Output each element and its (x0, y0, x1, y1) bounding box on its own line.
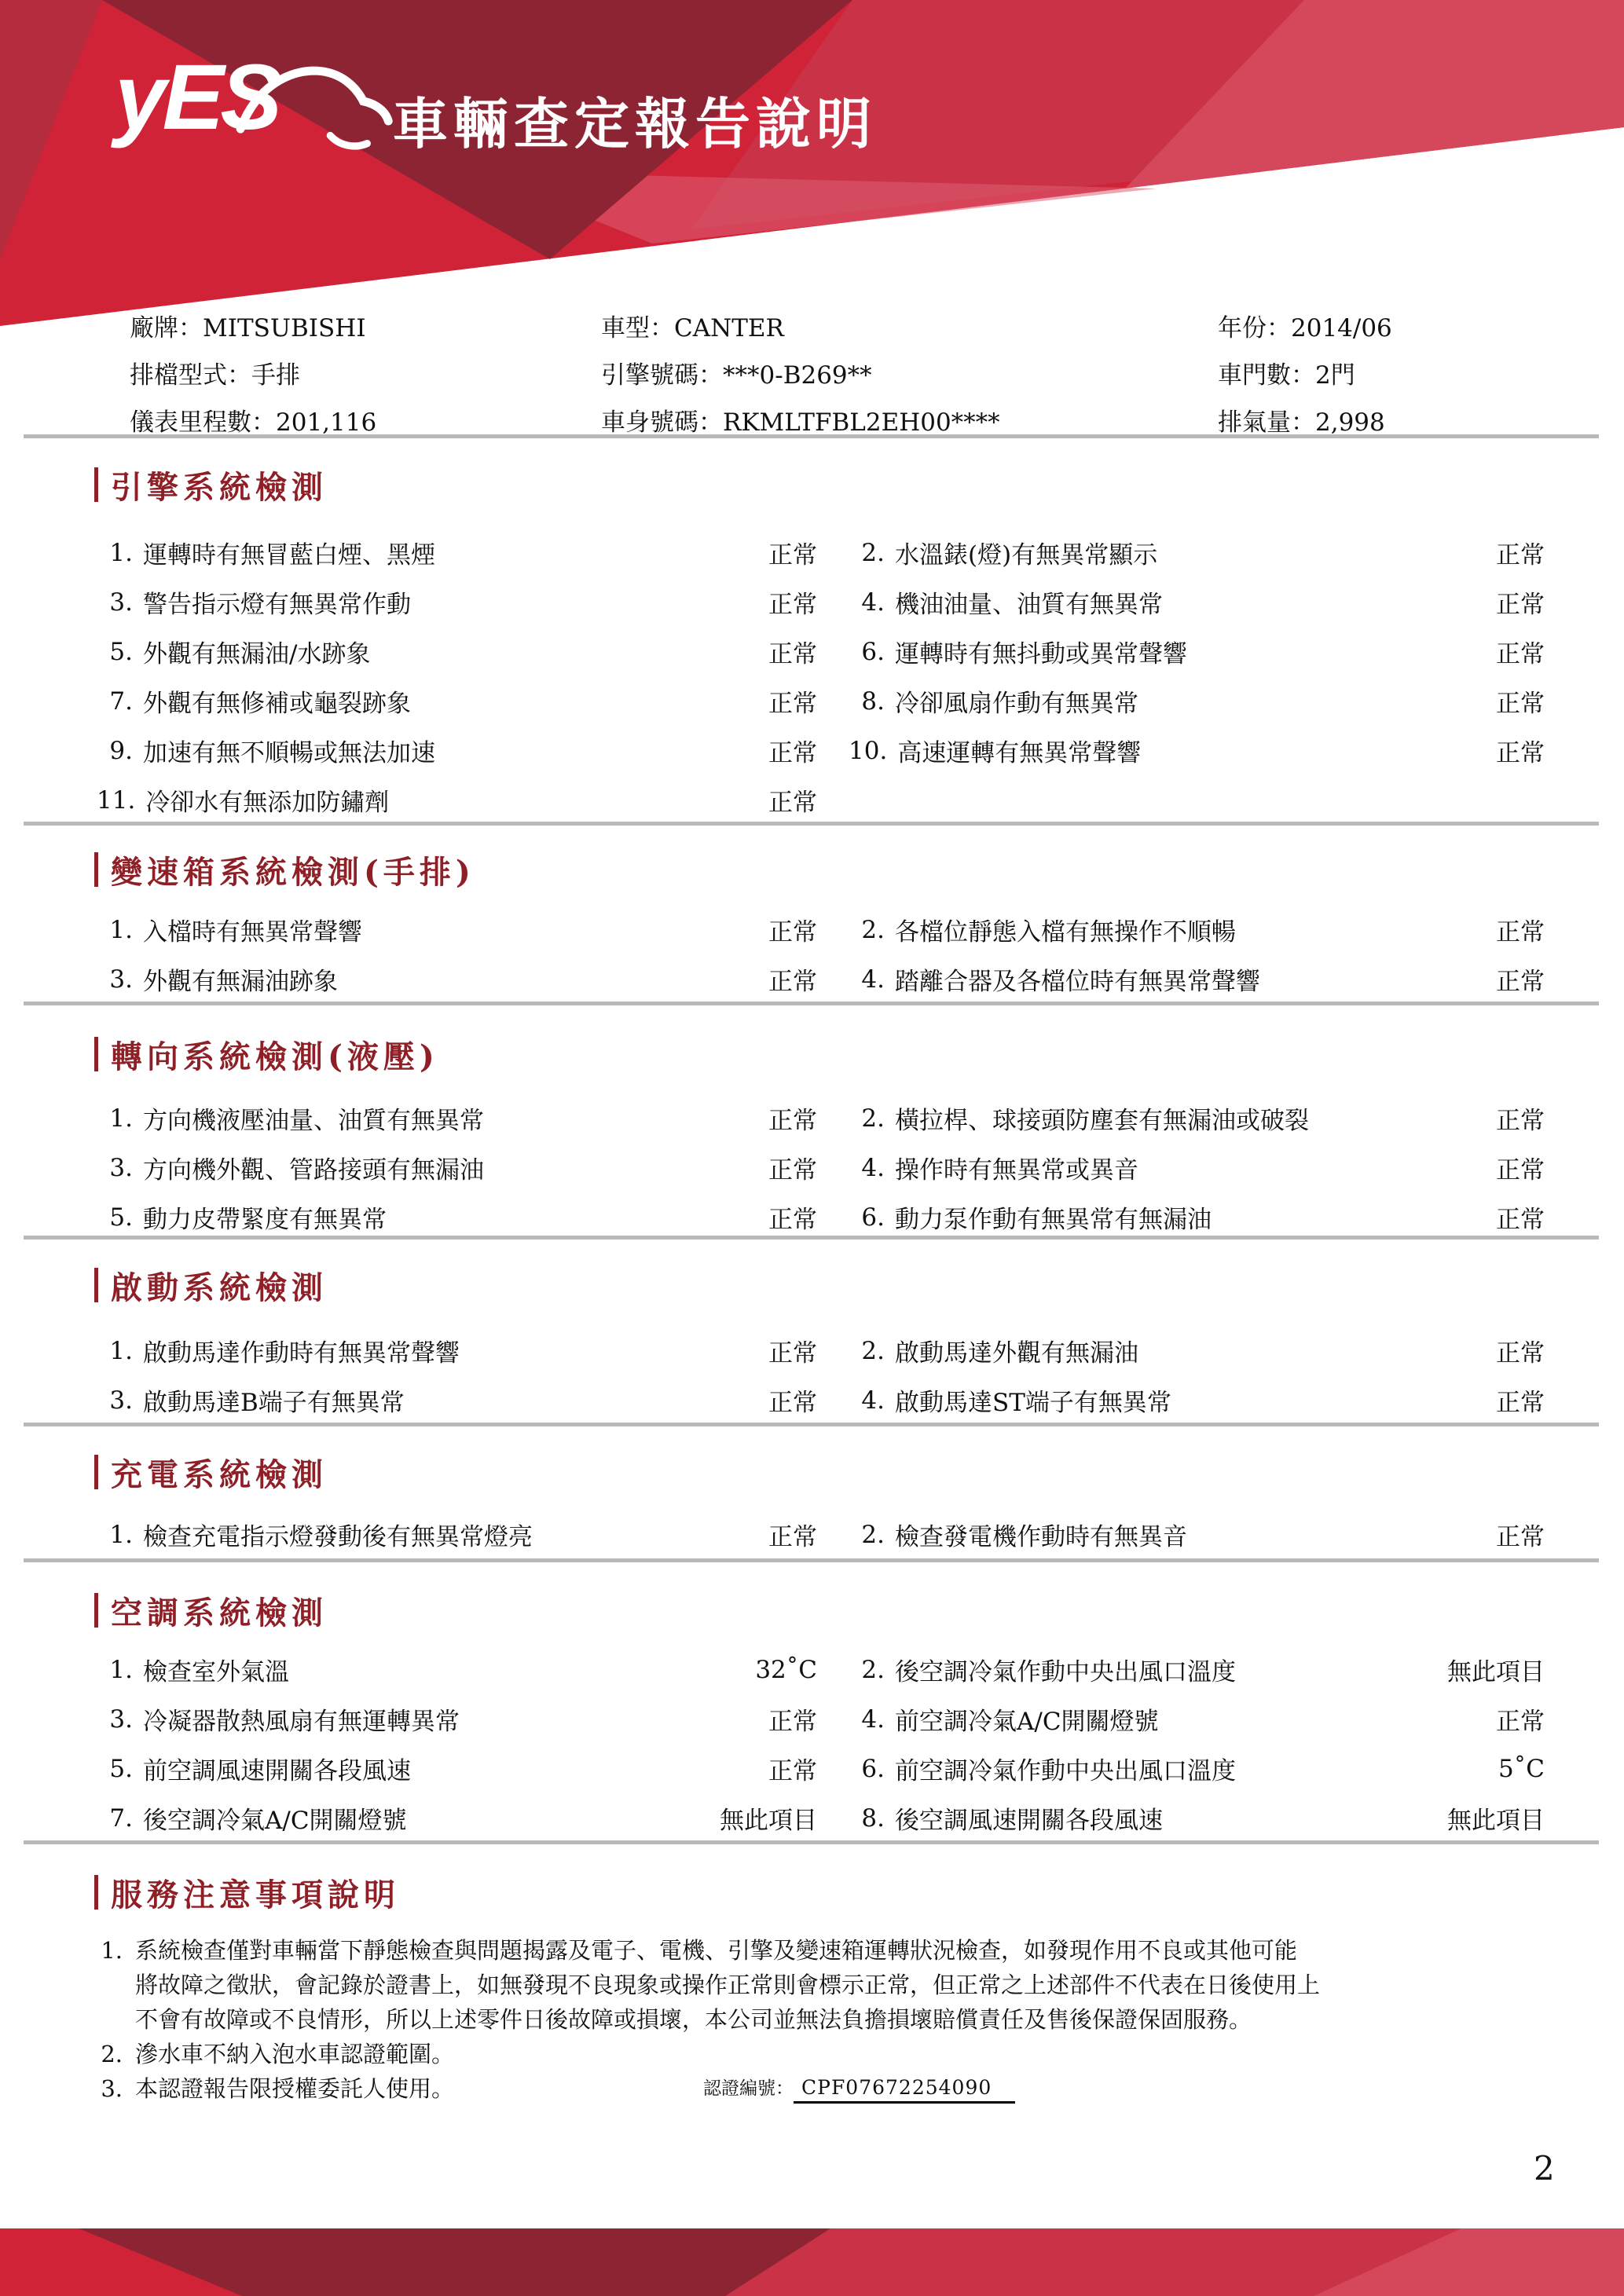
item-number: 10. (849, 737, 887, 765)
note-item: 1.系統檢查僅對車輛當下靜態檢查與問題揭露及電子、電機、引擎及變速箱運轉狀況檢查… (94, 1933, 1540, 2037)
item-number: 2. (849, 539, 885, 567)
item-result: 正常 (1496, 1150, 1545, 1185)
item-text: 後空調風速開關各段風速 (895, 1800, 1447, 1836)
item-text: 啟動馬達B端子有無異常 (143, 1382, 768, 1418)
item-result: 正常 (1496, 1100, 1545, 1136)
note-number: 1. (94, 1933, 123, 2037)
note-text: 滲水車不納入泡水車認證範圍。 (135, 2037, 454, 2071)
item-number: 7. (97, 687, 133, 716)
section-title: 變速箱系統檢測(手排) (111, 848, 475, 892)
inspection-column: 1.入檔時有無異常聲響正常3.外觀有無漏油跡象正常 (97, 905, 817, 1004)
item-number: 5. (97, 638, 133, 666)
item-result: 正常 (768, 1100, 817, 1136)
item-number: 4. (849, 588, 885, 617)
item-number: 3. (97, 588, 133, 617)
inspection-column: 2.後空調冷氣作動中央出風口溫度無此項目4.前空調冷氣A/C開關燈號正常6.前空… (849, 1645, 1545, 1843)
note-item: 2.滲水車不納入泡水車認證範圍。 (94, 2037, 1540, 2071)
item-result: 正常 (768, 1751, 817, 1786)
item-text: 入檔時有無異常聲響 (143, 912, 768, 947)
item-result: 正常 (768, 1199, 817, 1235)
inspection-item: 1.檢查充電指示燈發動後有無異常燈亮正常 (97, 1510, 817, 1559)
item-number: 1. (97, 539, 133, 567)
item-text: 外觀有無漏油跡象 (143, 961, 768, 997)
item-number: 2. (849, 916, 885, 944)
item-number: 6. (849, 638, 885, 666)
item-text: 啟動馬達外觀有無漏油 (895, 1333, 1496, 1368)
item-text: 方向機外觀、管路接頭有無漏油 (143, 1150, 768, 1185)
inspection-item: 7.外觀有無修補或龜裂跡象正常 (97, 676, 817, 726)
separator-line (24, 1002, 1599, 1005)
inspection-item: 5.前空調風速開關各段風速正常 (97, 1744, 817, 1793)
separator-line (24, 1840, 1599, 1844)
inspection-item: 4.前空調冷氣A/C開關燈號正常 (849, 1694, 1545, 1744)
item-text: 檢查充電指示燈發動後有無異常燈亮 (143, 1517, 768, 1552)
item-result: 5˚C (1498, 1755, 1545, 1783)
item-text: 冷卻風扇作動有無異常 (895, 683, 1496, 719)
vehicle-info-field: 引擎號碼：***0-B269** (601, 352, 1218, 399)
inspection-item: 1.入檔時有無異常聲響正常 (97, 905, 817, 954)
section-title-bar (94, 1875, 98, 1910)
item-text: 冷卻水有無添加防鏽劑 (145, 782, 768, 818)
item-text: 警告指示燈有無異常作動 (143, 584, 768, 620)
service-notes-title: 服務注意事項說明 (111, 1870, 400, 1915)
note-number: 3. (94, 2071, 123, 2106)
vehicle-info-field: 廠牌：MITSUBISHI (130, 305, 601, 352)
section-title: 啟動系統檢測 (111, 1263, 328, 1308)
item-result: 正常 (1496, 733, 1545, 768)
item-text: 啟動馬達作動時有無異常聲響 (143, 1333, 768, 1368)
item-text: 動力泵作動有無異常有無漏油 (895, 1199, 1496, 1235)
separator-line (24, 1423, 1599, 1426)
inspection-item: 6.運轉時有無抖動或異常聲響正常 (849, 627, 1545, 676)
item-text: 運轉時有無冒藍白煙、黑煙 (143, 535, 768, 570)
vehicle-info-field: 車身號碼：RKMLTFBL2EH00**** (601, 399, 1218, 446)
separator-line (24, 1236, 1599, 1240)
section-title-bar (94, 1268, 98, 1302)
section-header: 空調系統檢測 (94, 1591, 328, 1629)
item-text: 檢查發電機作動時有無異音 (895, 1517, 1496, 1552)
item-result: 正常 (768, 1150, 817, 1185)
item-number: 3. (97, 1705, 133, 1734)
item-result: 正常 (1496, 1382, 1545, 1418)
inspection-item: 8.冷卻風扇作動有無異常正常 (849, 676, 1545, 726)
section-title-bar (94, 1455, 98, 1489)
car-silhouette-icon (233, 38, 398, 163)
section-title: 轉向系統檢測(液壓) (111, 1032, 439, 1077)
item-result: 無此項目 (1447, 1652, 1545, 1687)
inspection-report-page: yES 車輛查定報告說明 廠牌：MITSUBISHI車型：CANTER年份：20… (0, 0, 1624, 2296)
note-line: 不會有故障或不良情形，所以上述零件日後故障或損壞，本公司並無法負擔損壞賠償責任及… (135, 2002, 1320, 2037)
item-text: 加速有無不順暢或無法加速 (143, 733, 768, 768)
inspection-column: 1.檢查室外氣溫32˚C3.冷凝器散熱風扇有無運轉異常正常5.前空調風速開關各段… (97, 1645, 817, 1843)
item-result: 正常 (768, 961, 817, 997)
inspection-column: 2.各檔位靜態入檔有無操作不順暢正常4.踏離合器及各檔位時有無異常聲響正常 (849, 905, 1545, 1004)
item-text: 前空調風速開關各段風速 (143, 1751, 768, 1786)
inspection-item: 7.後空調冷氣A/C開關燈號無此項目 (97, 1793, 817, 1843)
inspection-item: 2.啟動馬達外觀有無漏油正常 (849, 1326, 1545, 1375)
item-number: 1. (97, 1656, 133, 1684)
item-number: 2. (849, 1337, 885, 1365)
item-text: 冷凝器散熱風扇有無運轉異常 (143, 1701, 768, 1737)
item-number: 7. (97, 1804, 133, 1833)
inspection-item: 1.啟動馬達作動時有無異常聲響正常 (97, 1326, 817, 1375)
item-text: 後空調冷氣作動中央出風口溫度 (895, 1652, 1447, 1687)
item-number: 11. (97, 786, 135, 815)
item-number: 4. (849, 1705, 885, 1734)
section-header: 啟動系統檢測 (94, 1266, 328, 1304)
inspection-item: 5.外觀有無漏油/水跡象正常 (97, 627, 817, 676)
page-title: 車輛查定報告說明 (393, 80, 877, 159)
item-result: 正常 (768, 634, 817, 669)
item-result: 正常 (1496, 961, 1545, 997)
note-line: 系統檢查僅對車輛當下靜態檢查與問題揭露及電子、電機、引擎及變速箱運轉狀況檢查，如… (135, 1933, 1320, 1968)
item-text: 動力皮帶緊度有無異常 (143, 1199, 768, 1235)
item-text: 橫拉桿、球接頭防塵套有無漏油或破裂 (895, 1100, 1496, 1136)
item-result: 無此項目 (720, 1800, 817, 1836)
vehicle-info-field: 排檔型式：手排 (130, 352, 601, 399)
inspection-item: 2.各檔位靜態入檔有無操作不順暢正常 (849, 905, 1545, 954)
vehicle-info-field: 車型：CANTER (601, 305, 1218, 352)
section-title: 充電系統檢測 (111, 1450, 328, 1495)
item-number: 8. (849, 1804, 885, 1833)
item-text: 運轉時有無抖動或異常聲響 (895, 634, 1496, 669)
vehicle-info-field: 儀表里程數：201,116 (130, 399, 601, 446)
note-number: 2. (94, 2037, 123, 2071)
separator-line (24, 822, 1599, 826)
note-line: 將故障之徵狀，會記錄於證書上，如無發現不良現象或操作正常則會標示正常，但正常之上… (135, 1968, 1320, 2002)
inspection-item: 4.啟動馬達ST端子有無異常正常 (849, 1375, 1545, 1425)
item-number: 6. (849, 1755, 885, 1783)
inspection-item: 2.檢查發電機作動時有無異音正常 (849, 1510, 1545, 1559)
inspection-item: 4.踏離合器及各檔位時有無異常聲響正常 (849, 954, 1545, 1004)
item-result: 正常 (768, 1382, 817, 1418)
item-number: 3. (97, 965, 133, 994)
item-number: 4. (849, 965, 885, 994)
item-result: 正常 (1496, 683, 1545, 719)
inspection-column: 1.方向機液壓油量、油質有無異常正常3.方向機外觀、管路接頭有無漏油正常5.動力… (97, 1093, 817, 1242)
item-number: 5. (97, 1755, 133, 1783)
note-text: 本認證報告限授權委託人使用。 (135, 2071, 454, 2106)
item-text: 高速運轉有無異常聲響 (897, 733, 1496, 768)
item-number: 2. (849, 1656, 885, 1684)
inspection-item: 11.冷卻水有無添加防鏽劑正常 (97, 775, 817, 825)
item-result: 正常 (768, 782, 817, 818)
item-number: 4. (849, 1154, 885, 1182)
inspection-column: 1.運轉時有無冒藍白煙、黑煙正常3.警告指示燈有無異常作動正常5.外觀有無漏油/… (97, 528, 817, 825)
inspection-item: 3.方向機外觀、管路接頭有無漏油正常 (97, 1143, 817, 1192)
item-text: 方向機液壓油量、油質有無異常 (143, 1100, 768, 1136)
inspection-column: 1.檢查充電指示燈發動後有無異常燈亮正常 (97, 1510, 817, 1559)
item-number: 6. (849, 1203, 885, 1232)
vehicle-info-field: 年份：2014/06 (1218, 305, 1509, 352)
vehicle-info: 廠牌：MITSUBISHI車型：CANTER年份：2014/06排檔型式：手排引… (130, 305, 1509, 446)
item-result: 正常 (1496, 584, 1545, 620)
item-result: 正常 (768, 584, 817, 620)
cert-number: CPF07672254090 (794, 2076, 1015, 2104)
item-number: 5. (97, 1203, 133, 1232)
item-text: 機油油量、油質有無異常 (895, 584, 1496, 620)
page-number: 2 (1534, 2149, 1555, 2188)
cert-label: 認證編號： (703, 2078, 794, 2099)
item-number: 3. (97, 1386, 133, 1415)
item-result: 無此項目 (1447, 1800, 1545, 1836)
inspection-item: 1.運轉時有無冒藍白煙、黑煙正常 (97, 528, 817, 577)
item-result: 正常 (768, 1517, 817, 1552)
item-result: 正常 (1496, 1199, 1545, 1235)
inspection-item: 3.冷凝器散熱風扇有無運轉異常正常 (97, 1694, 817, 1744)
inspection-column: 2.檢查發電機作動時有無異音正常 (849, 1510, 1545, 1559)
item-result: 正常 (1496, 535, 1545, 570)
footer-banner-graphic (0, 2228, 1624, 2296)
item-number: 3. (97, 1154, 133, 1182)
item-text: 水溫錶(燈)有無異常顯示 (895, 535, 1496, 570)
inspection-item: 4.操作時有無異常或異音正常 (849, 1143, 1545, 1192)
section-header: 引擎系統檢測 (94, 466, 328, 504)
item-result: 正常 (768, 1701, 817, 1737)
vehicle-info-field: 車門數：2門 (1218, 352, 1509, 399)
inspection-item: 10.高速運轉有無異常聲響正常 (849, 726, 1545, 775)
section-header: 轉向系統檢測(液壓) (94, 1035, 439, 1073)
section-title-bar (94, 467, 98, 502)
service-notes-header: 服務注意事項說明 (94, 1873, 1540, 1911)
item-result: 正常 (1496, 1333, 1545, 1368)
vehicle-info-field: 排氣量：2,998 (1218, 399, 1509, 446)
item-text: 啟動馬達ST端子有無異常 (895, 1382, 1496, 1418)
item-result: 正常 (1496, 912, 1545, 947)
item-result: 正常 (768, 1333, 817, 1368)
inspection-item: 1.檢查室外氣溫32˚C (97, 1645, 817, 1694)
item-result: 正常 (1496, 1701, 1545, 1737)
item-text: 後空調冷氣A/C開關燈號 (143, 1800, 720, 1836)
service-notes-section: 服務注意事項說明 1.系統檢查僅對車輛當下靜態檢查與問題揭露及電子、電機、引擎及… (94, 1873, 1540, 2106)
inspection-column: 2.橫拉桿、球接頭防塵套有無漏油或破裂正常4.操作時有無異常或異音正常6.動力泵… (849, 1093, 1545, 1242)
section-title-bar (94, 1037, 98, 1071)
item-number: 1. (97, 1521, 133, 1549)
inspection-item: 6.動力泵作動有無異常有無漏油正常 (849, 1192, 1545, 1242)
inspection-item: 5.動力皮帶緊度有無異常正常 (97, 1192, 817, 1242)
item-text: 檢查室外氣溫 (143, 1652, 755, 1687)
item-number: 4. (849, 1386, 885, 1415)
section-header: 充電系統檢測 (94, 1453, 328, 1491)
item-number: 8. (849, 687, 885, 716)
item-result: 正常 (1496, 1517, 1545, 1552)
item-result: 正常 (768, 683, 817, 719)
inspection-column: 1.啟動馬達作動時有無異常聲響正常3.啟動馬達B端子有無異常正常 (97, 1326, 817, 1425)
item-text: 外觀有無漏油/水跡象 (143, 634, 768, 669)
section-header: 變速箱系統檢測(手排) (94, 851, 475, 888)
item-result: 正常 (768, 733, 817, 768)
item-text: 踏離合器及各檔位時有無異常聲響 (895, 961, 1496, 997)
note-text: 系統檢查僅對車輛當下靜態檢查與問題揭露及電子、電機、引擎及變速箱運轉狀況檢查，如… (135, 1933, 1320, 2037)
item-number: 1. (97, 916, 133, 944)
section-title-bar (94, 852, 98, 887)
item-text: 前空調冷氣A/C開關燈號 (895, 1701, 1496, 1737)
item-result: 正常 (1496, 634, 1545, 669)
inspection-item: 2.橫拉桿、球接頭防塵套有無漏油或破裂正常 (849, 1093, 1545, 1143)
item-text: 各檔位靜態入檔有無操作不順暢 (895, 912, 1496, 947)
item-text: 外觀有無修補或龜裂跡象 (143, 683, 768, 719)
item-text: 前空調冷氣作動中央出風口溫度 (895, 1751, 1498, 1786)
inspection-item: 2.後空調冷氣作動中央出風口溫度無此項目 (849, 1645, 1545, 1694)
item-number: 2. (849, 1104, 885, 1133)
note-line: 滲水車不納入泡水車認證範圍。 (135, 2037, 454, 2071)
section-title: 引擎系統檢測 (111, 463, 328, 507)
certification-line: 認證編號：CPF07672254090 (703, 2074, 1015, 2100)
item-number: 2. (849, 1521, 885, 1549)
inspection-item: 3.啟動馬達B端子有無異常正常 (97, 1375, 817, 1425)
inspection-item: 8.後空調風速開關各段風速無此項目 (849, 1793, 1545, 1843)
item-result: 32˚C (755, 1656, 817, 1684)
inspection-item: 6.前空調冷氣作動中央出風口溫度5˚C (849, 1744, 1545, 1793)
item-result: 正常 (768, 535, 817, 570)
note-line: 本認證報告限授權委託人使用。 (135, 2071, 454, 2106)
inspection-item: 4.機油油量、油質有無異常正常 (849, 577, 1545, 627)
item-number: 9. (97, 737, 133, 765)
item-number: 1. (97, 1337, 133, 1365)
separator-line (24, 1558, 1599, 1562)
section-title-bar (94, 1593, 98, 1628)
inspection-item: 2.水溫錶(燈)有無異常顯示正常 (849, 528, 1545, 577)
separator-line (24, 434, 1599, 438)
section-title: 空調系統檢測 (111, 1588, 328, 1633)
inspection-item: 1.方向機液壓油量、油質有無異常正常 (97, 1093, 817, 1143)
inspection-column: 2.水溫錶(燈)有無異常顯示正常4.機油油量、油質有無異常正常6.運轉時有無抖動… (849, 528, 1545, 775)
item-text: 操作時有無異常或異音 (895, 1150, 1496, 1185)
inspection-item: 3.警告指示燈有無異常作動正常 (97, 577, 817, 627)
inspection-column: 2.啟動馬達外觀有無漏油正常4.啟動馬達ST端子有無異常正常 (849, 1326, 1545, 1425)
inspection-item: 9.加速有無不順暢或無法加速正常 (97, 726, 817, 775)
item-result: 正常 (768, 912, 817, 947)
item-number: 1. (97, 1104, 133, 1133)
inspection-item: 3.外觀有無漏油跡象正常 (97, 954, 817, 1004)
